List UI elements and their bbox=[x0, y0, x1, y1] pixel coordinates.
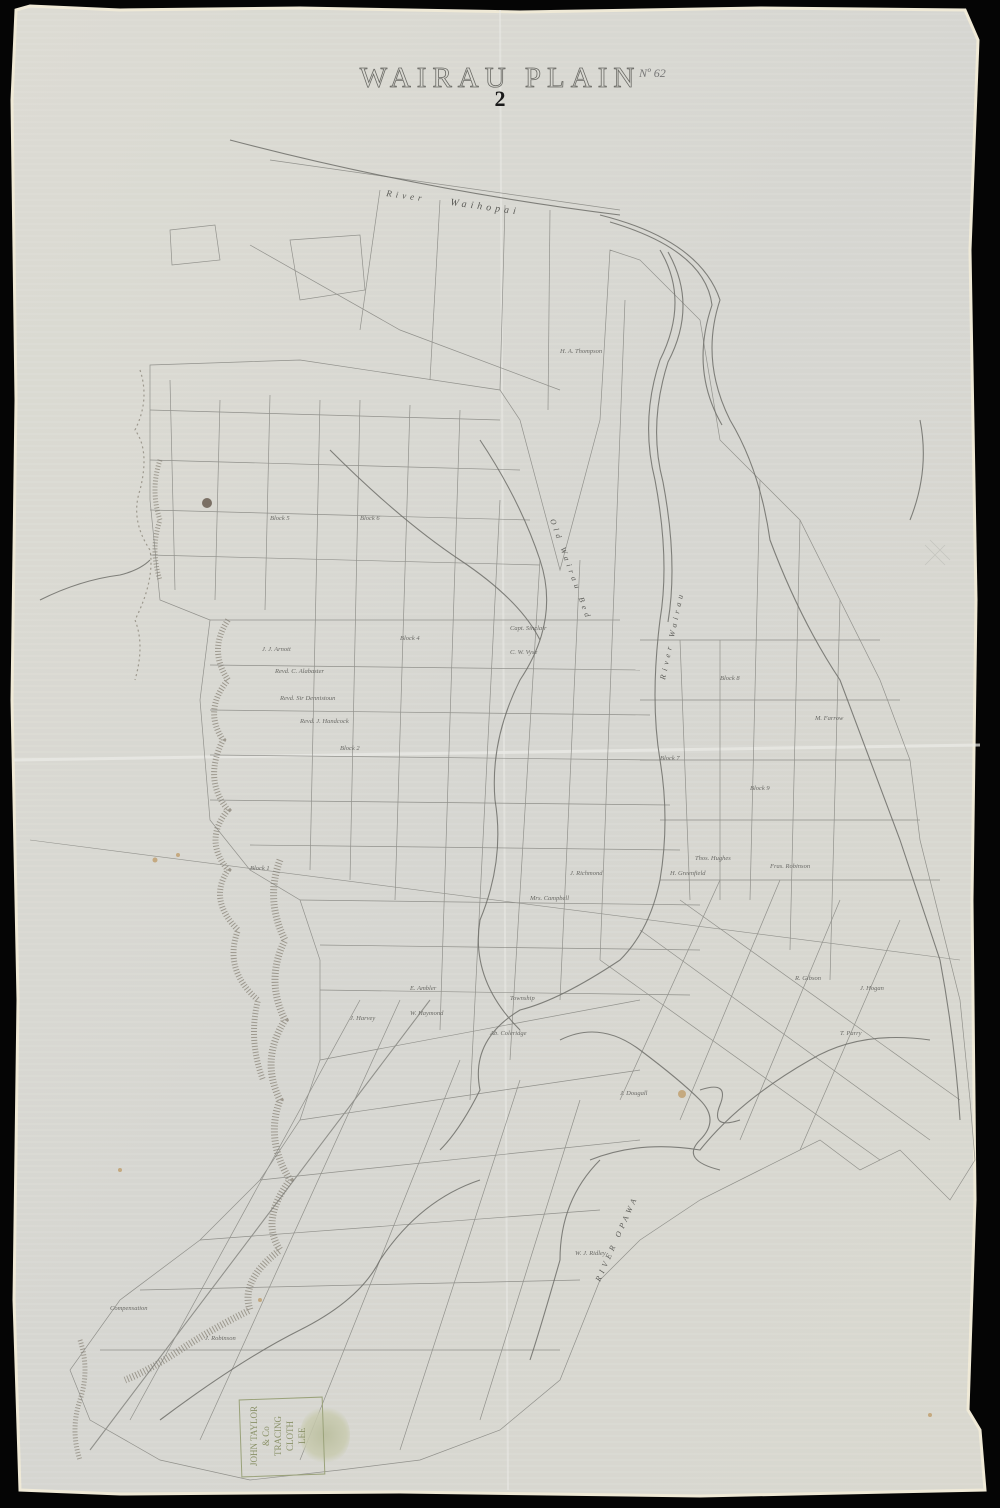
stamp-line-1: JOHN TAYLOR & Co bbox=[249, 1406, 271, 1466]
parcel-label: H. Greenfield bbox=[669, 870, 706, 877]
parcel-label: H. A. Thompson bbox=[559, 348, 602, 355]
parcel-label: J. Harvey bbox=[350, 1015, 375, 1022]
parcel-label: W. J. Ridley bbox=[575, 1250, 606, 1257]
sheet-number: 2 bbox=[0, 86, 1000, 112]
parcel-label: Thos. Hughes bbox=[695, 855, 731, 862]
parcel-label: E. Ambler bbox=[409, 985, 437, 992]
parcel-label: R. Gibson bbox=[794, 975, 821, 982]
parcel-label: C. W. Vyse bbox=[510, 649, 537, 656]
parcel-label: W. Haymond bbox=[410, 1010, 444, 1017]
parcel-label: J. Hogan bbox=[860, 985, 884, 992]
parcel-label: J. Robinson bbox=[205, 1335, 236, 1342]
parcel-label: Capt. Sinclair bbox=[510, 625, 547, 632]
parcel-label: Block 7 bbox=[660, 755, 680, 762]
parcel-label: Block 6 bbox=[360, 515, 380, 522]
parcel-label: Mrs. Campbell bbox=[529, 895, 569, 902]
parcel-label: J. J. Arnott bbox=[262, 646, 291, 653]
map-sheet: River Waihopai RIVER OPAWA Old Wairau Be… bbox=[0, 0, 1000, 1508]
parcel-label: T. Parry bbox=[840, 1030, 862, 1037]
parcel-label: Revd. J. Handcock bbox=[299, 718, 349, 725]
parcel-label: Ab. Coleridge bbox=[489, 1030, 527, 1037]
parcel-label: Revd. Sir Dennistoun bbox=[279, 695, 335, 702]
parcel-label: J. Dougall bbox=[620, 1090, 648, 1097]
stamp-line-3: LEE bbox=[297, 1428, 307, 1445]
parcel-label: Block 4 bbox=[400, 635, 420, 642]
parcel-label: Revd. C. Alabaster bbox=[274, 668, 324, 675]
parcel-label: M. Farrow bbox=[814, 715, 844, 722]
parcel-label: Block 8 bbox=[720, 675, 740, 682]
parcel-label: Compensation bbox=[110, 1305, 148, 1312]
parcel-label: J. Richmond bbox=[570, 870, 603, 877]
parcel-label: Block 1 bbox=[250, 865, 270, 872]
parcel-label: Fras. Robinson bbox=[769, 863, 810, 870]
parcel-label: Block 5 bbox=[270, 515, 290, 522]
map-canvas: River Waihopai RIVER OPAWA Old Wairau Be… bbox=[0, 0, 1000, 1508]
stamp-line-2: TRACING CLOTH bbox=[273, 1416, 295, 1456]
maker-stamp-text: JOHN TAYLOR & Co TRACING CLOTH LEE bbox=[248, 1404, 314, 1468]
parcel-label: Block 2 bbox=[340, 745, 360, 752]
parcel-label: Block 9 bbox=[750, 785, 770, 792]
parcel-label: Township bbox=[510, 995, 535, 1002]
map-title-number: Nº 62 bbox=[639, 66, 666, 81]
